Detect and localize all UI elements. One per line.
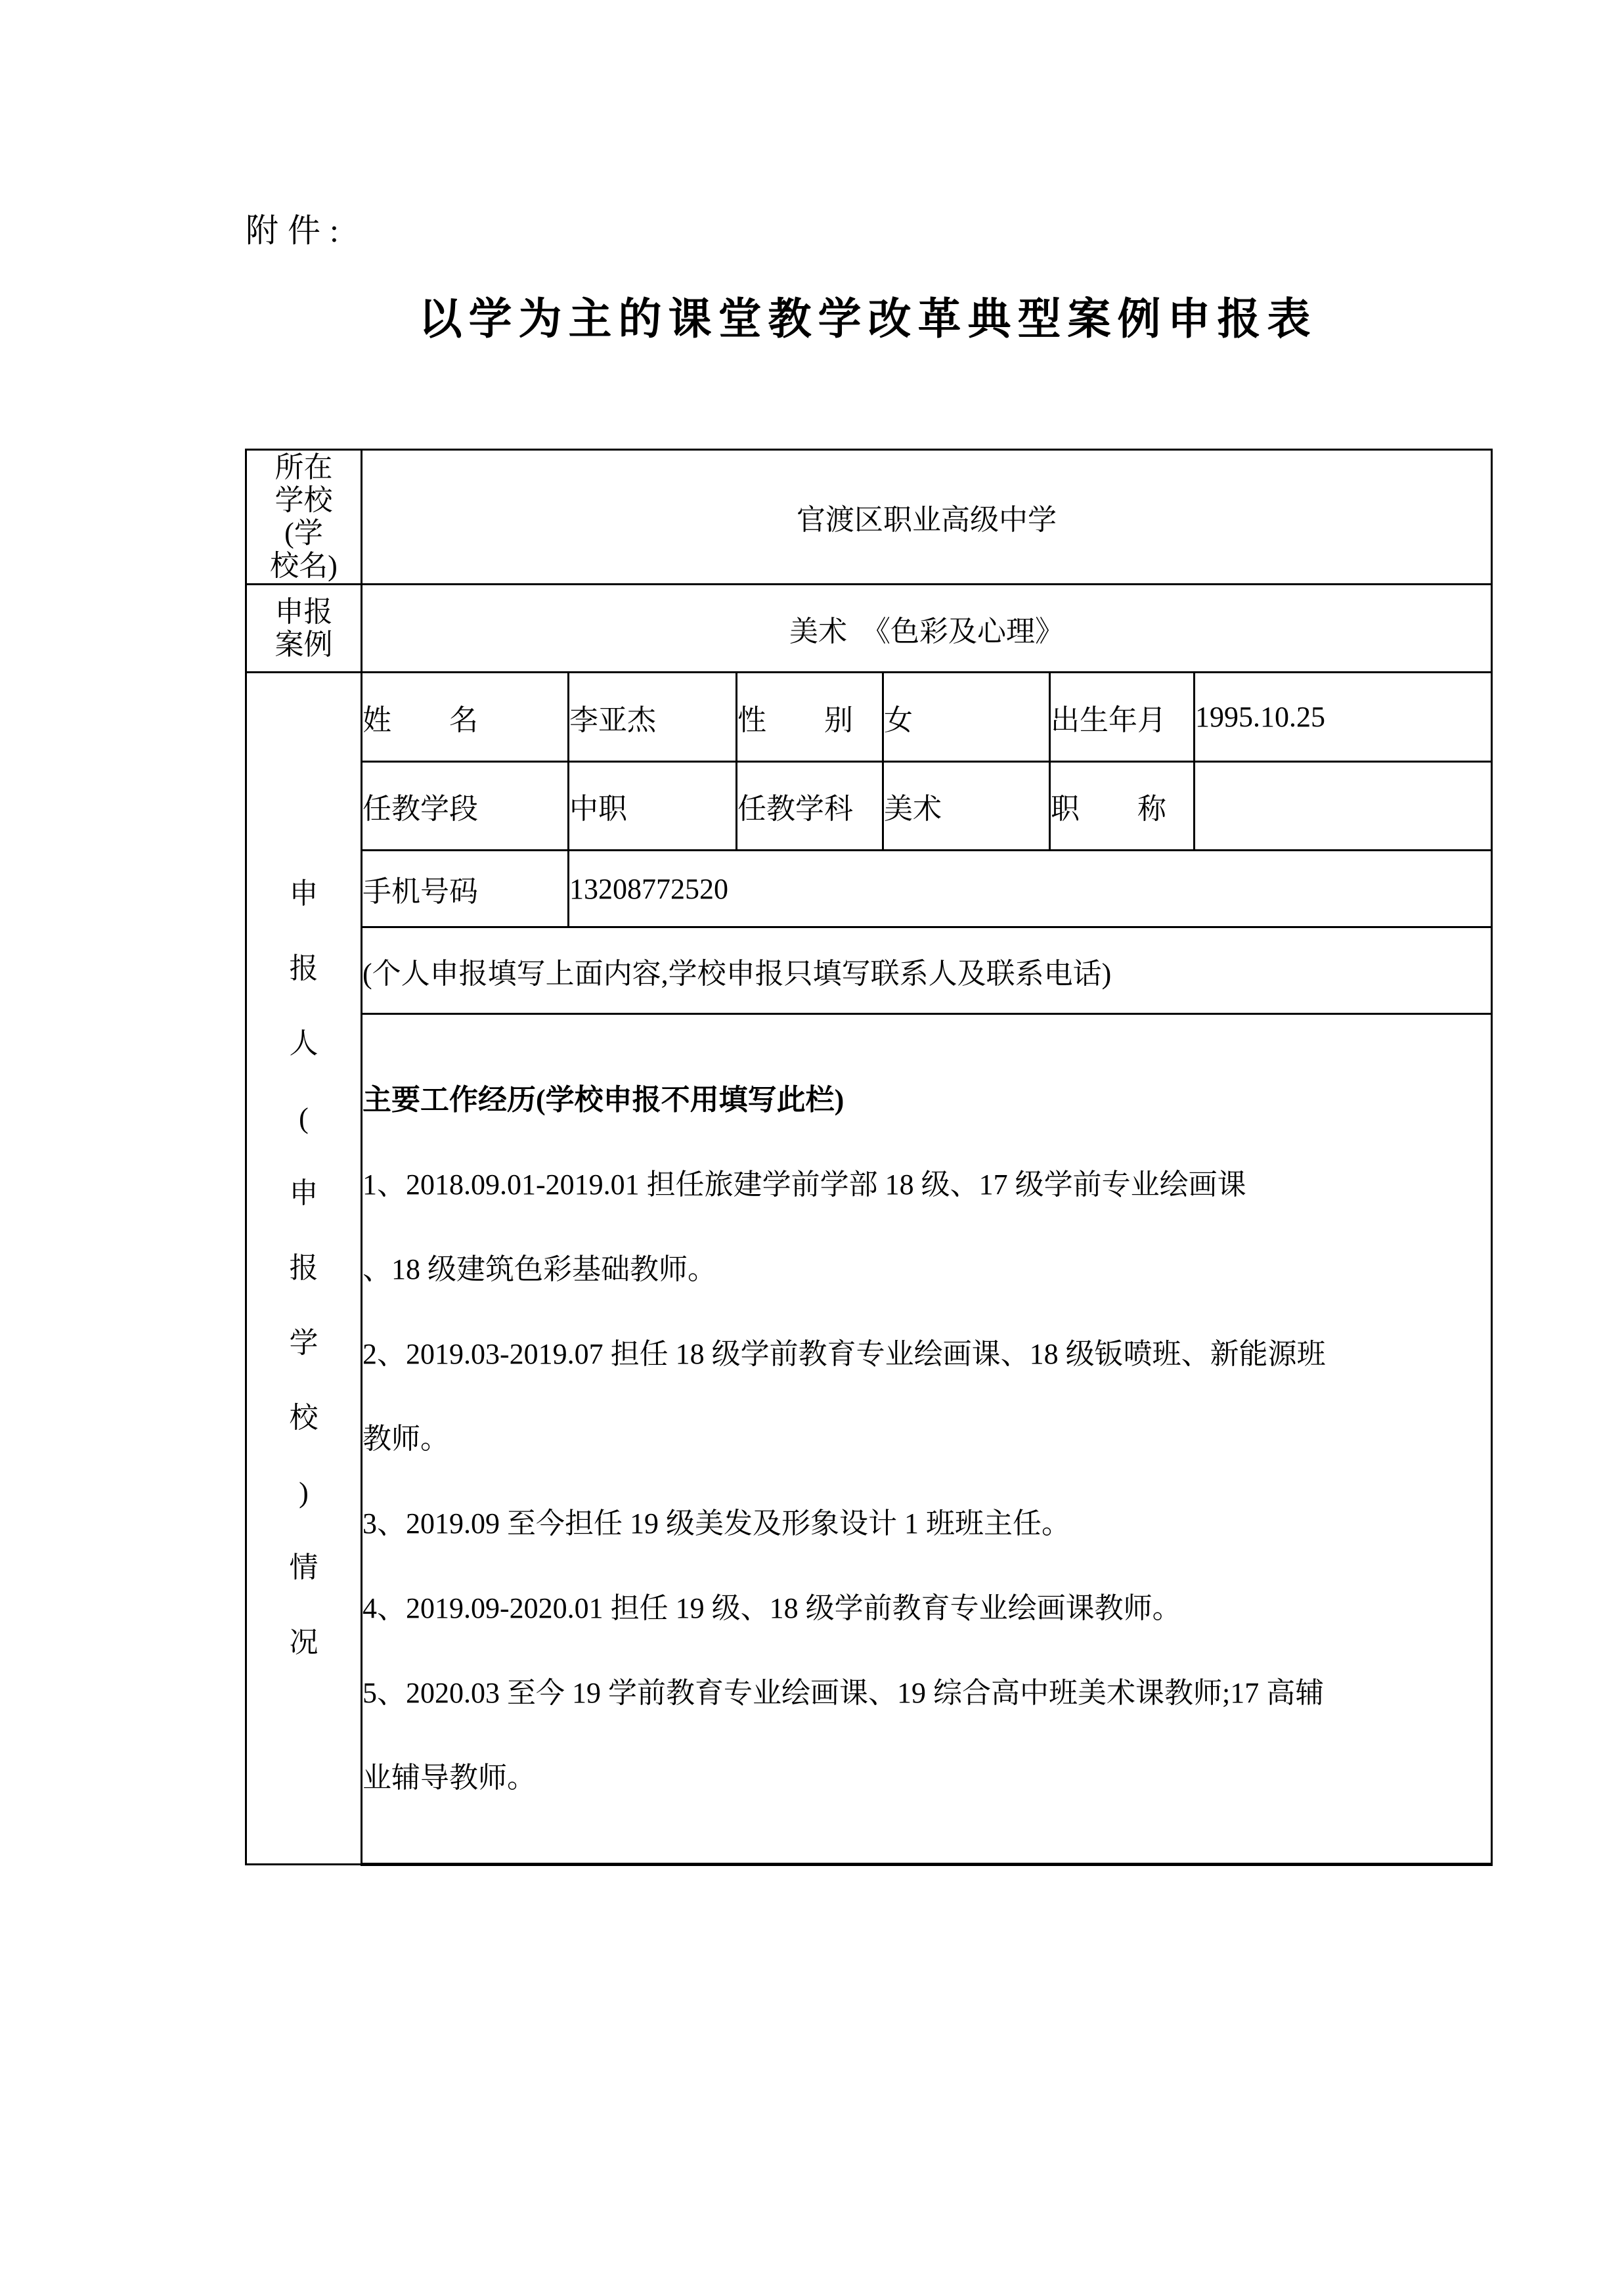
gender-label-cell: 性 别 [737, 673, 883, 762]
attachment-label: 附件: [246, 214, 348, 247]
work-history-body: 1、2018.09.01-2019.01 担任旅建学前学部 18 级、17 级学… [362, 1142, 1491, 1820]
stage-value-cell: 中职 [569, 762, 737, 851]
document-page: 附件: 以学为主的课堂教学改革典型案例申报表 所在 学校 (学 校名) 官渡区职… [0, 0, 1624, 2289]
note-cell: (个人申报填写上面内容,学校申报只填写联系人及联系电话) [362, 927, 1492, 1014]
work-history-cell: 主要工作经历(学校申报不用填写此栏) 1、2018.09.01-2019.01 … [362, 1014, 1492, 1865]
school-row: 所在 学校 (学 校名) 官渡区职业高级中学 [246, 450, 1492, 585]
subject-value-cell: 美术 [883, 762, 1050, 851]
birth-label-cell: 出生年月 [1050, 673, 1195, 762]
job-title-label-cell: 职 称 [1050, 762, 1195, 851]
school-name-cell: 官渡区职业高级中学 [362, 450, 1492, 585]
phone-value-cell: 13208772520 [569, 851, 1492, 927]
job-title-value-cell [1195, 762, 1492, 851]
application-form-table: 所在 学校 (学 校名) 官渡区职业高级中学 申报 案例 美术 《色彩及心理》 … [245, 449, 1493, 1866]
applicant-section-side-label: 申 报 人 ( 申 报 学 校 ) 情 况 [246, 673, 362, 1865]
work-history-row: 主要工作经历(学校申报不用填写此栏) 1、2018.09.01-2019.01 … [246, 1014, 1492, 1865]
work-history-heading: 主要工作经历(学校申报不用填写此栏) [362, 1057, 1491, 1142]
teaching-row: 任教学段 中职 任教学科 美术 职 称 [246, 762, 1492, 851]
case-label-cell: 申报 案例 [246, 585, 362, 673]
school-label-cell: 所在 学校 (学 校名) [246, 450, 362, 585]
case-row: 申报 案例 美术 《色彩及心理》 [246, 585, 1492, 673]
name-value-cell: 李亚杰 [569, 673, 737, 762]
phone-row: 手机号码 13208772520 [246, 851, 1492, 927]
name-label-cell: 姓 名 [362, 673, 569, 762]
identity-row: 申 报 人 ( 申 报 学 校 ) 情 况 姓 名 李亚杰 性 别 女 出生年月… [246, 673, 1492, 762]
birth-value-cell: 1995.10.25 [1195, 673, 1492, 762]
page-title: 以学为主的课堂教学改革典型案例申报表 [245, 297, 1491, 340]
subject-label-cell: 任教学科 [737, 762, 883, 851]
note-row: (个人申报填写上面内容,学校申报只填写联系人及联系电话) [246, 927, 1492, 1014]
phone-label-cell: 手机号码 [362, 851, 569, 927]
case-name-cell: 美术 《色彩及心理》 [362, 585, 1492, 673]
gender-value-cell: 女 [883, 673, 1050, 762]
stage-label-cell: 任教学段 [362, 762, 569, 851]
